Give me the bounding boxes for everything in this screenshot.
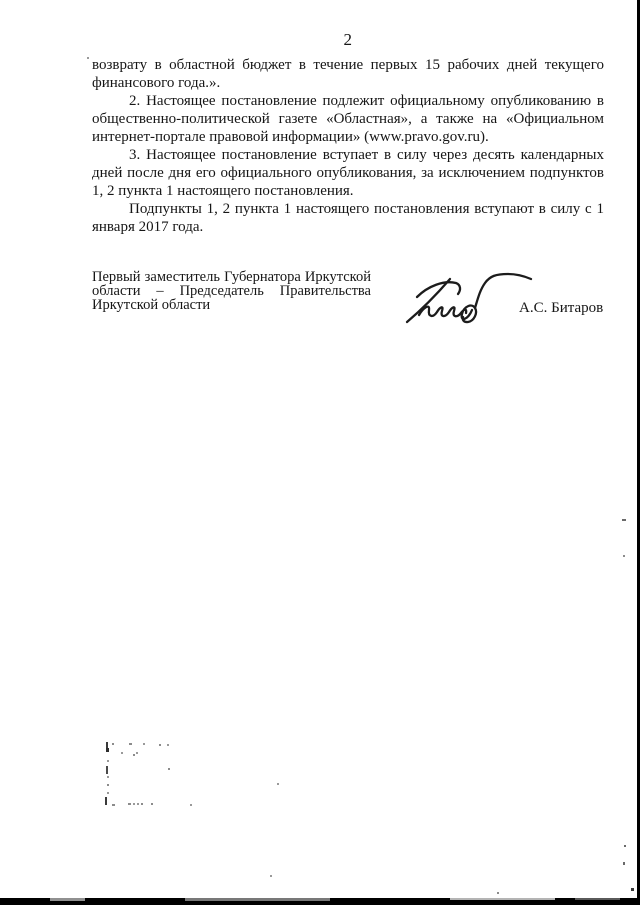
scan-speck	[631, 888, 634, 891]
handwritten-signature	[404, 268, 534, 330]
document-page: 2 возврату в областной бюджет в течение …	[0, 0, 640, 905]
scan-speck	[107, 784, 109, 786]
scan-speck	[133, 754, 135, 756]
scan-speck	[133, 803, 135, 805]
scan-speck	[151, 803, 153, 805]
scan-speck	[128, 803, 131, 805]
scan-speck	[622, 519, 626, 521]
paragraph: 2. Настоящее постановление подлежит офиц…	[92, 92, 604, 146]
scan-bar-segment	[185, 898, 330, 901]
page-number: 2	[92, 30, 604, 50]
scan-speck	[624, 845, 626, 847]
scan-bar-segment	[575, 898, 620, 900]
scan-speck	[136, 752, 138, 754]
scan-speck	[143, 743, 145, 745]
scan-speck	[107, 792, 109, 794]
scan-speck	[87, 57, 89, 59]
signatory-name: А.С. Битаров	[519, 300, 603, 317]
scan-speck	[497, 892, 499, 894]
scan-speck	[129, 743, 132, 745]
scan-edge-bottom-bar	[0, 898, 640, 905]
scan-speck	[137, 803, 139, 805]
scan-speck	[106, 766, 108, 774]
document-body: возврату в областной бюджет в течение пе…	[92, 56, 604, 236]
signatory-title: Первый заместитель Губернатора Иркутской…	[92, 270, 371, 312]
scan-speck	[141, 803, 143, 805]
scan-speck	[623, 862, 625, 865]
paragraph: 3. Настоящее постановление вступает в си…	[92, 146, 604, 200]
scan-speck	[106, 748, 109, 752]
paragraph: возврату в областной бюджет в течение пе…	[92, 56, 604, 92]
scan-speck	[112, 804, 115, 806]
scan-speck	[107, 760, 109, 762]
signature-block: Первый заместитель Губернатора Иркутской…	[92, 268, 604, 330]
scan-speck	[107, 776, 109, 778]
paragraph: Подпункты 1, 2 пункта 1 настоящего поста…	[92, 200, 604, 236]
scan-speck	[121, 752, 123, 754]
scan-speck	[106, 742, 108, 749]
scan-speck	[270, 875, 272, 877]
scan-speck	[190, 804, 192, 806]
scan-speck	[277, 783, 279, 785]
scan-bar-segment	[450, 898, 555, 900]
scan-speck	[168, 768, 170, 770]
scan-speck	[623, 555, 625, 557]
scan-speck	[112, 743, 114, 745]
scan-speck	[105, 797, 107, 805]
scan-bar-segment	[50, 898, 85, 901]
scan-speck	[167, 744, 169, 746]
scan-speck	[159, 744, 161, 746]
